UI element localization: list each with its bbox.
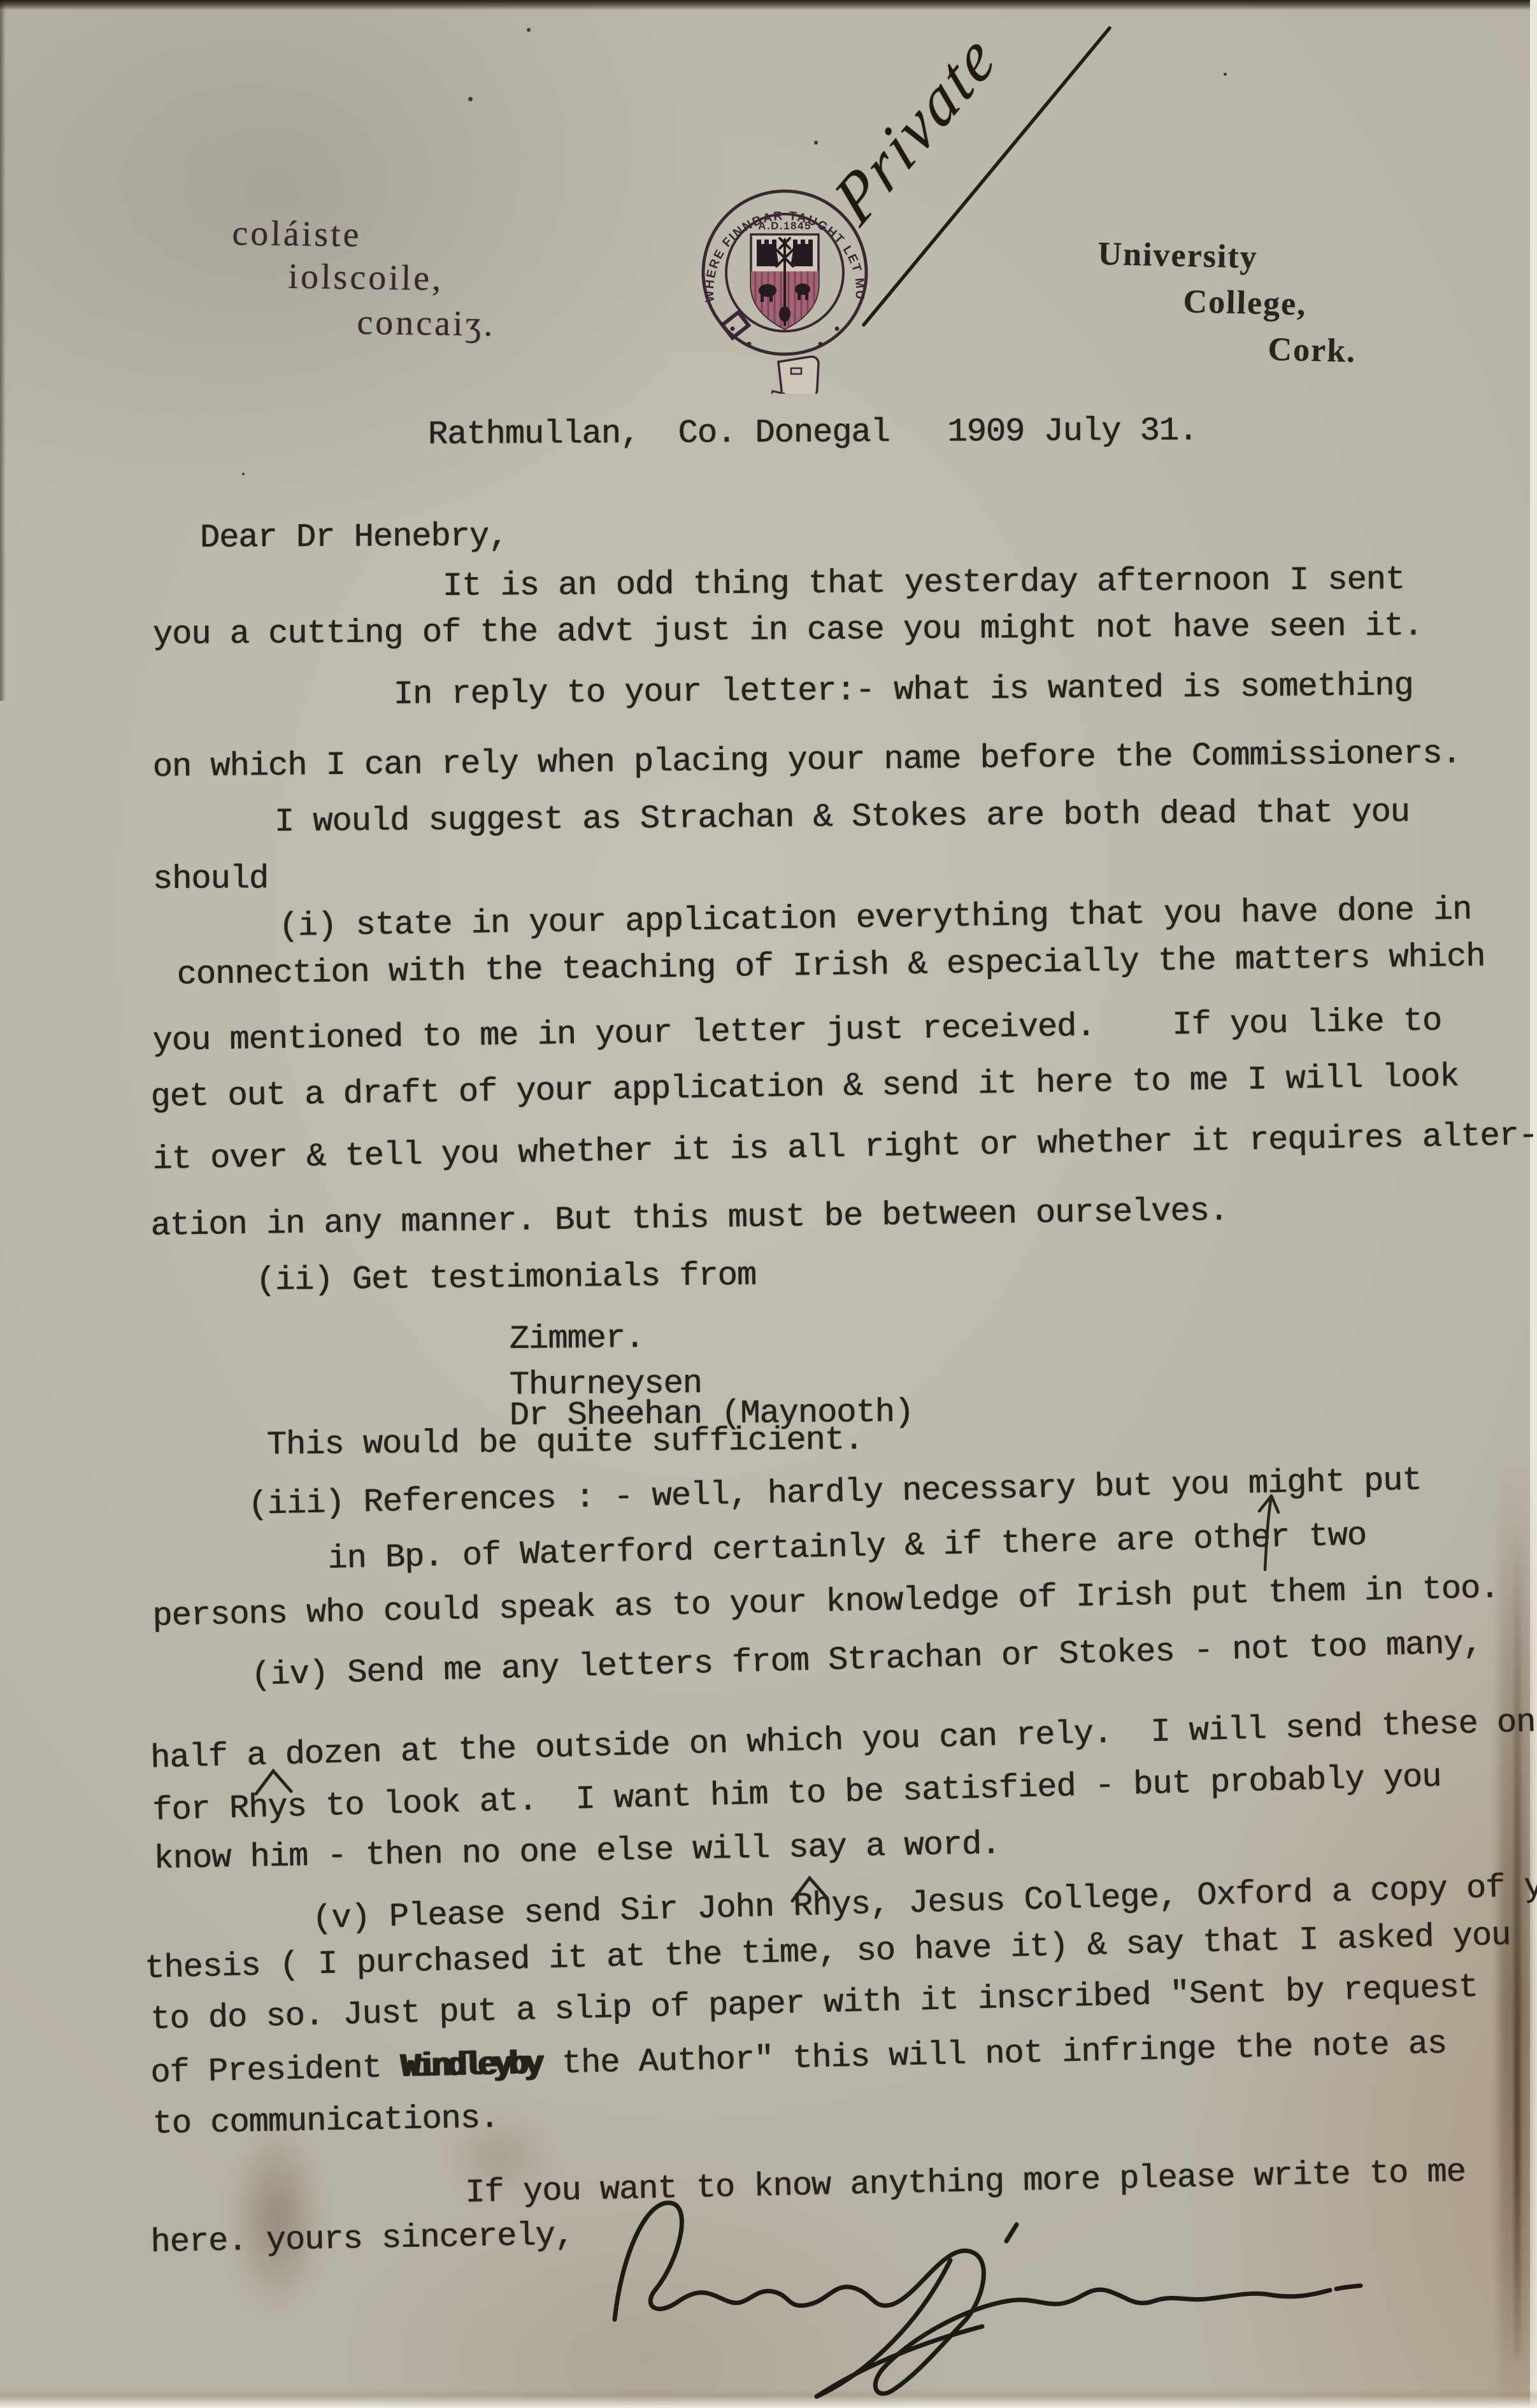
typed-line: (iii) References : - well, hardly necess… xyxy=(248,1459,1422,1526)
typed-line: (ii) Get testimonials from xyxy=(255,1255,756,1301)
dust-speck xyxy=(468,97,473,101)
typed-line: Rathmullan, Co. Donegal 1909 July 31. xyxy=(428,410,1198,455)
dust-speck xyxy=(1224,73,1227,76)
dust-speck xyxy=(242,473,245,475)
irish-name-line: coláiste xyxy=(232,214,362,255)
irish-name-line: iolscoile, xyxy=(288,257,444,299)
typed-line: I would suggest as Strachan & Stokes are… xyxy=(274,791,1410,843)
caret-mark-rhys-iv xyxy=(251,1765,297,1798)
caret-mark-might xyxy=(1247,1488,1285,1572)
typed-line: should xyxy=(153,858,269,900)
typed-line: to communications. xyxy=(152,2098,499,2145)
scan-left-edge xyxy=(0,0,6,701)
typed-line: get out a draft of your application & se… xyxy=(150,1056,1459,1118)
scan-right-margin xyxy=(1530,0,1537,2408)
signature xyxy=(561,2163,1414,2408)
dust-speck xyxy=(814,141,818,145)
typed-line: it over & tell you whether it is all rig… xyxy=(152,1115,1537,1180)
institution-line: Cork. xyxy=(1268,331,1357,369)
typed-line: Dear Dr Henebry, xyxy=(200,515,508,559)
typed-line: Zimmer. xyxy=(509,1317,644,1360)
seal-year: A.D.1845 xyxy=(758,220,811,232)
typed-line: In reply to your letter:- what is wanted… xyxy=(393,665,1413,715)
typed-line: you mentioned to me in your letter just … xyxy=(152,1000,1442,1062)
typed-line: you a cutting of the advt just in case y… xyxy=(153,605,1423,656)
ink-stain xyxy=(229,2121,325,2312)
typed-line: know him - then no one else will say a w… xyxy=(154,1824,1001,1880)
page-edge-streak xyxy=(1514,1529,1520,2357)
typed-line: here. yours sincerely, xyxy=(150,2214,575,2263)
dust-speck xyxy=(527,28,531,32)
typed-text: the Author" this will not infringe the n… xyxy=(542,2025,1447,2083)
typed-line: This would be quite sufficient. xyxy=(266,1419,863,1466)
scan-top-edge xyxy=(0,0,1537,10)
institution-line: University xyxy=(1097,236,1258,276)
typed-text: of President xyxy=(150,2049,401,2092)
private-underline-slash xyxy=(854,18,1127,336)
irish-name-line: concaiʒ. xyxy=(357,303,496,345)
typed-line: on which I can rely when placing your na… xyxy=(152,733,1461,788)
scanned-letter-page: coláisteiolscoile,concaiʒ. WHERE FINNBAR… xyxy=(0,0,1537,2408)
institution-line: College, xyxy=(1183,283,1307,323)
caret-mark-rhys-v xyxy=(787,1872,833,1905)
typed-line: ation in any manner. But this must be be… xyxy=(150,1190,1228,1247)
overstruck-text: Windleyby xyxy=(400,2046,543,2086)
typed-line: It is an odd thing that yesterday aftern… xyxy=(443,559,1405,607)
typed-line: (iv) Send me any letters from Strachan o… xyxy=(250,1623,1482,1696)
typed-line: in Bp. of Waterford certainly & if there… xyxy=(327,1515,1367,1580)
